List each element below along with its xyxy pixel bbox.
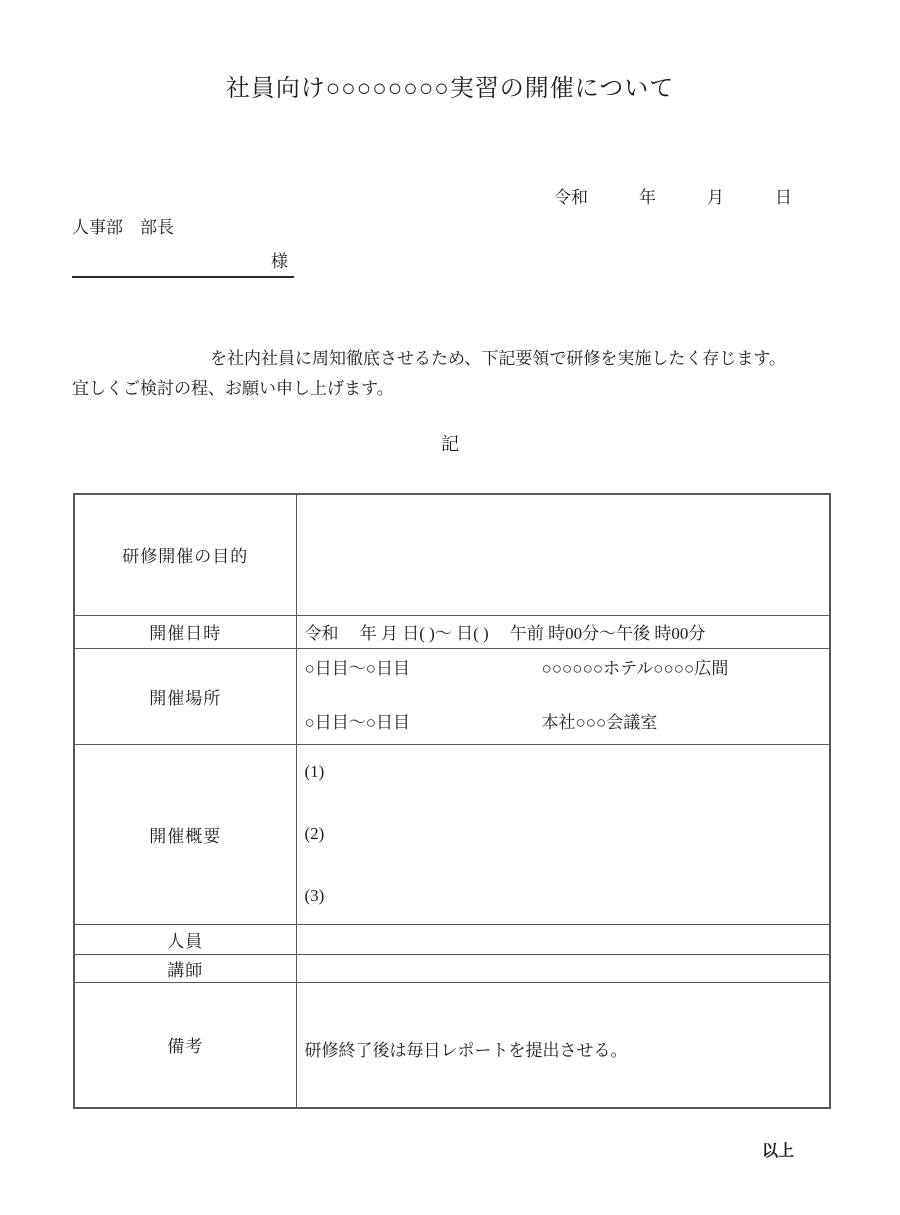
table-row-lecturer: 講師 xyxy=(74,954,830,982)
training-spec-table: 研修開催の目的 開催日時 令和 年 月 日( )～ 日( ) 午前 時00分～午… xyxy=(73,493,831,1109)
place-line-1: ○日目～○日目○○○○○○ホテル○○○○広間 xyxy=(305,656,824,682)
addressee-name-blank: 様 xyxy=(72,250,294,278)
outline-item-3: (3) xyxy=(305,883,824,909)
body-line-1: を社内社員に周知徹底させるため、下記要領で研修を実施したく存じます。 xyxy=(72,344,830,374)
row-value-datetime: 令和 年 月 日( )～ 日( ) 午前 時00分～午後 時00分 xyxy=(296,615,830,648)
row-value-purpose xyxy=(296,494,830,615)
outline-item-2: (2) xyxy=(305,821,824,847)
table-row-outline: 開催概要 (1) (2) (3) xyxy=(74,744,830,924)
row-value-notes: 研修終了後は毎日レポートを提出させる。 xyxy=(296,982,830,1108)
row-label-lecturer: 講師 xyxy=(74,954,296,982)
row-label-staff: 人員 xyxy=(74,924,296,954)
row-value-lecturer xyxy=(296,954,830,982)
outline-item-1: (1) xyxy=(305,759,824,785)
place-line-2: ○日目～○日目本社○○○会議室 xyxy=(305,710,824,736)
closing-marker: 以上 xyxy=(0,1141,900,1163)
table-row-purpose: 研修開催の目的 xyxy=(74,494,830,615)
table-row-datetime: 開催日時 令和 年 月 日( )～ 日( ) 午前 時00分～午後 時00分 xyxy=(74,615,830,648)
place-days-1: ○日目～○日目 xyxy=(305,656,542,682)
table-row-staff: 人員 xyxy=(74,924,830,954)
addressee-department: 人事部 部長 xyxy=(0,216,900,240)
record-marker: 記 xyxy=(0,432,900,456)
row-label-purpose: 研修開催の目的 xyxy=(74,494,296,615)
row-label-place: 開催場所 xyxy=(74,648,296,744)
addressee-honorific: 様 xyxy=(271,252,288,271)
addressee-line: 様 xyxy=(0,250,900,278)
row-label-outline: 開催概要 xyxy=(74,744,296,924)
place-days-2: ○日目～○日目 xyxy=(305,710,542,736)
table-row-place: 開催場所 ○日目～○日目○○○○○○ホテル○○○○広間 ○日目～○日目本社○○○… xyxy=(74,648,830,744)
document-title: 社員向け○○○○○○○○実習の開催について xyxy=(0,0,900,106)
place-venue-2: 本社○○○会議室 xyxy=(542,713,658,732)
row-value-staff xyxy=(296,924,830,954)
body-paragraph: を社内社員に周知徹底させるため、下記要領で研修を実施したく存じます。 宜しくご検… xyxy=(0,344,900,404)
table-row-notes: 備考 研修終了後は毎日レポートを提出させる。 xyxy=(74,982,830,1108)
place-venue-1: ○○○○○○ホテル○○○○広間 xyxy=(542,659,729,678)
date-line: 令和 年 月 日 xyxy=(0,186,900,210)
body-line-2: 宜しくご検討の程、お願い申し上げます。 xyxy=(72,374,830,404)
document-page: 社員向け○○○○○○○○実習の開催について 令和 年 月 日 人事部 部長 様 … xyxy=(0,0,900,1215)
row-label-notes: 備考 xyxy=(74,982,296,1108)
row-value-place: ○日目～○日目○○○○○○ホテル○○○○広間 ○日目～○日目本社○○○会議室 xyxy=(296,648,830,744)
row-label-datetime: 開催日時 xyxy=(74,615,296,648)
row-value-outline: (1) (2) (3) xyxy=(296,744,830,924)
